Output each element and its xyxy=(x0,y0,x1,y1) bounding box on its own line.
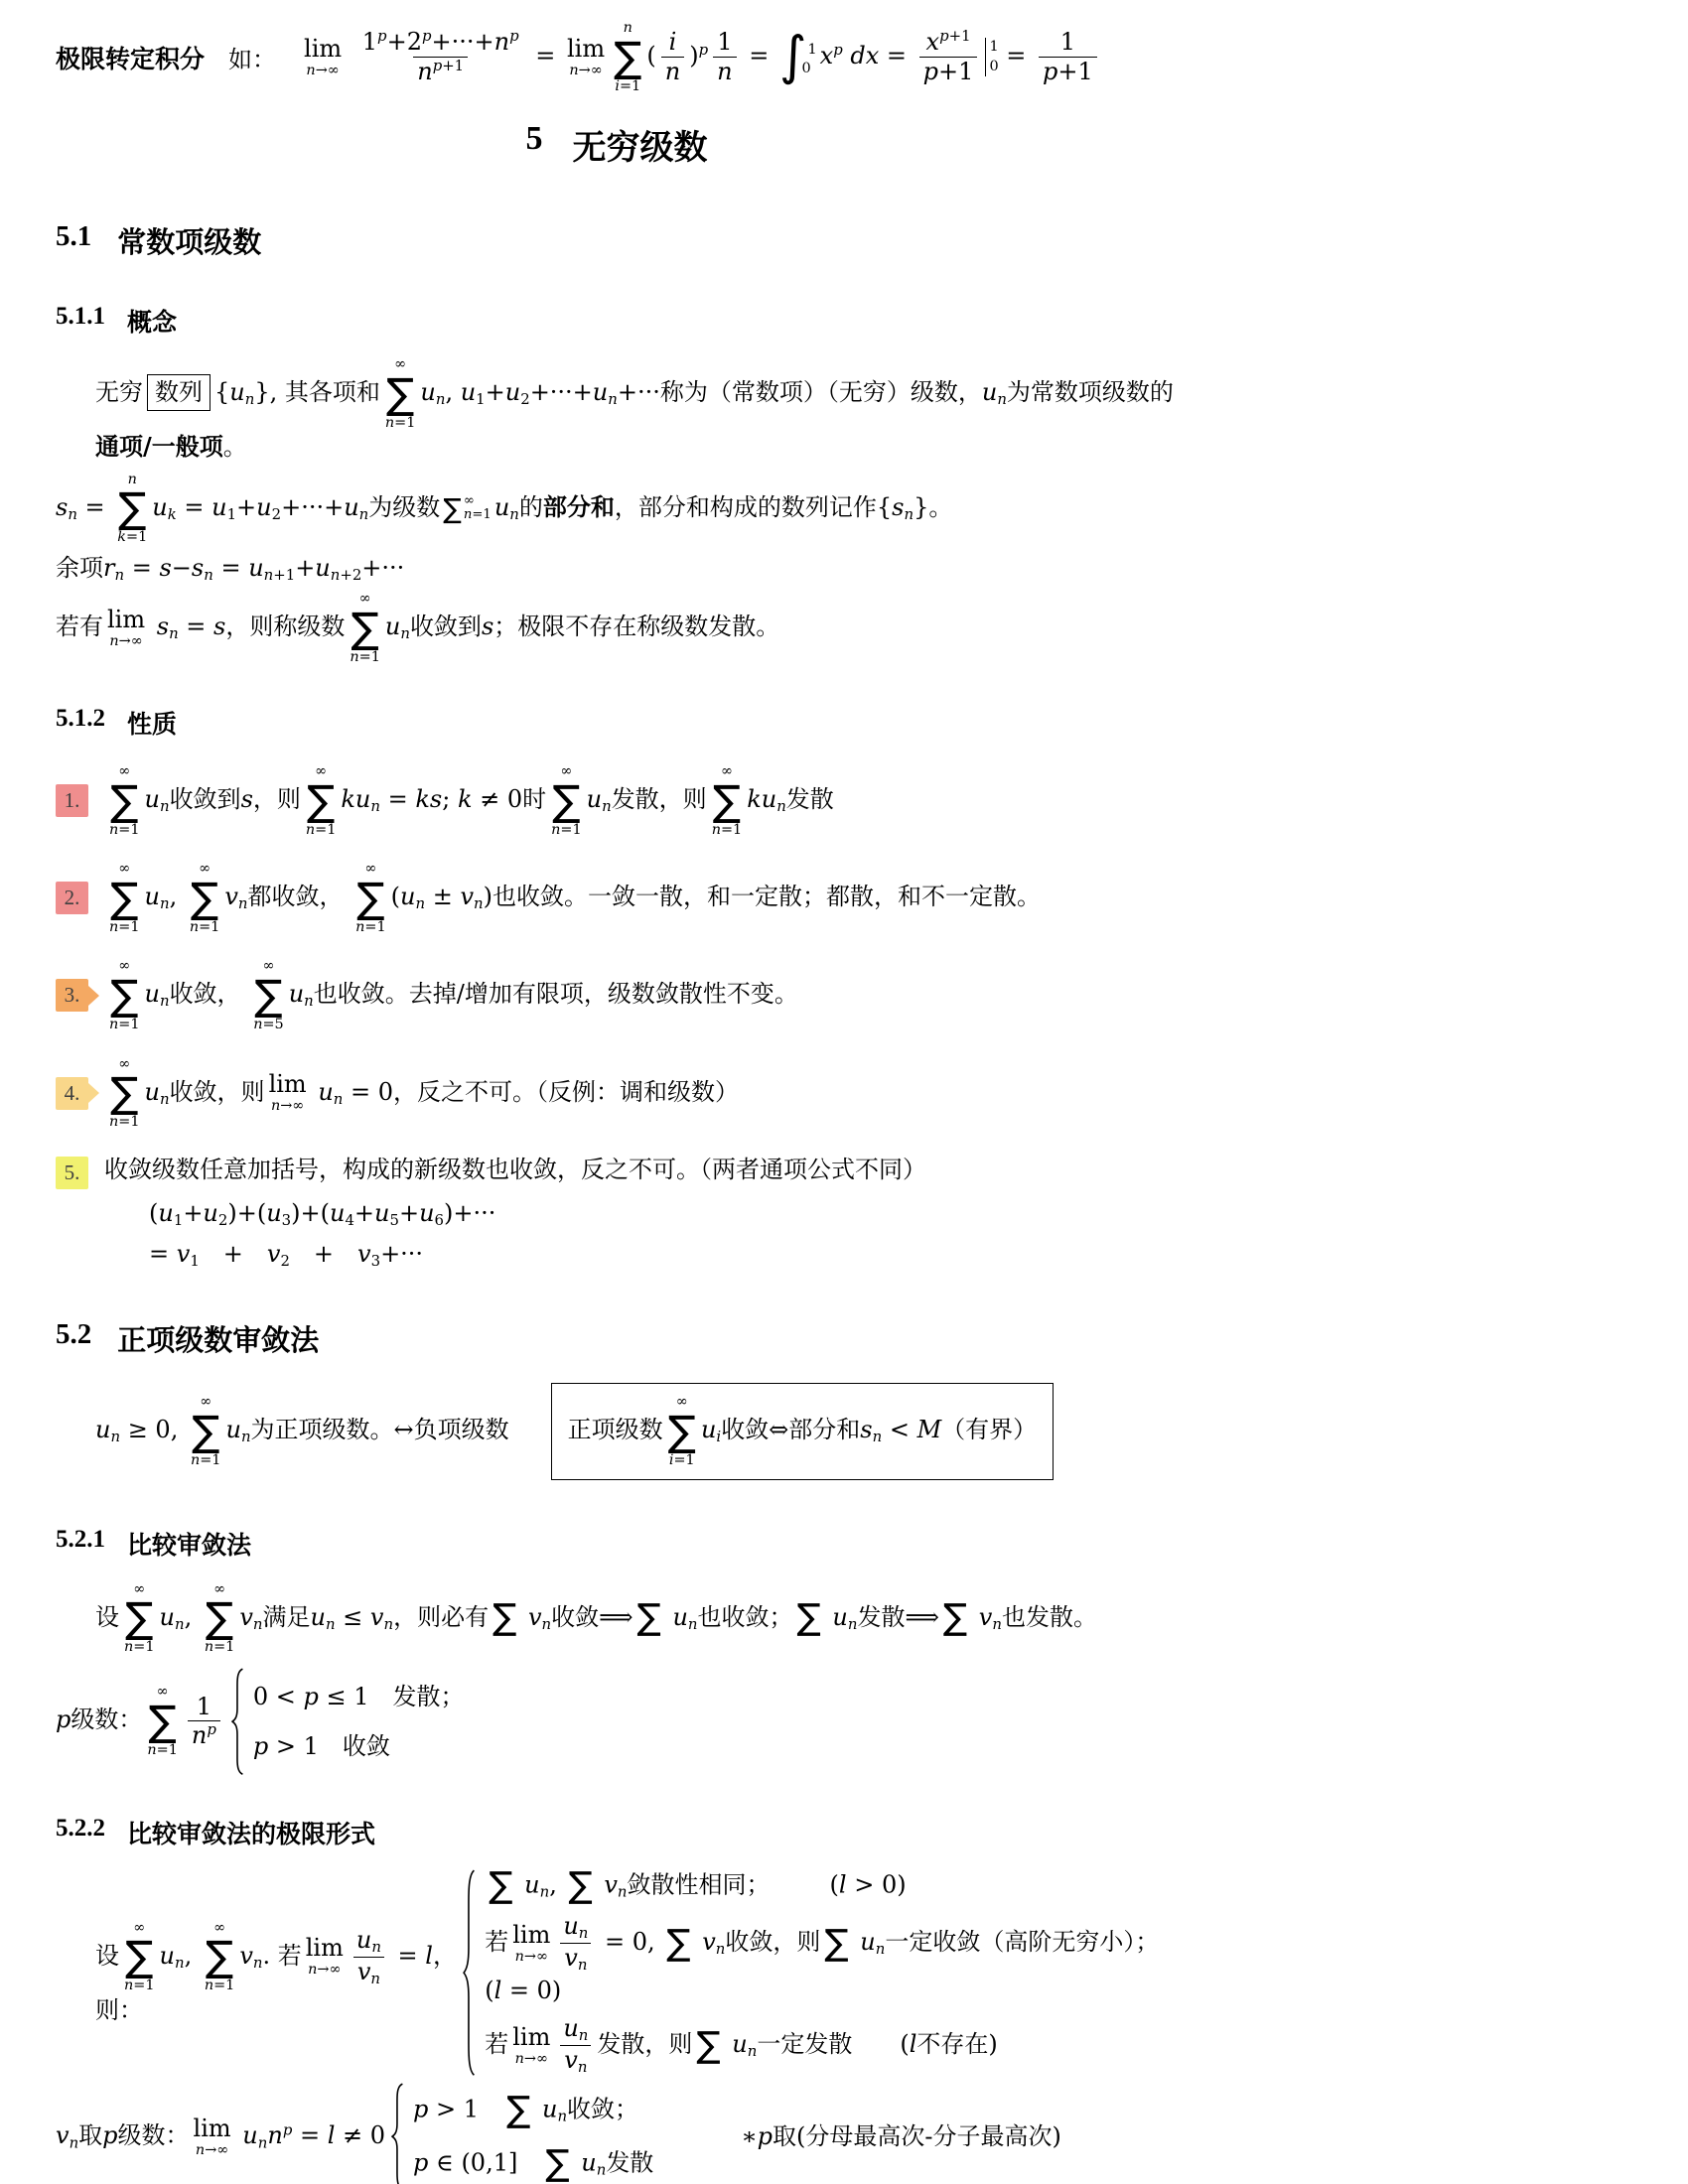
item-number-badge: 2. xyxy=(56,882,88,914)
case-lines: 0 < p ≤ 1 发散； p > 1 收敛 xyxy=(253,1681,465,1763)
remainder-line: 余项rn = s−sn = un+1+un+2+··· xyxy=(56,552,1178,585)
left-brace xyxy=(231,1668,244,1775)
section-heading-5-2: 5.2 正项级数审敛法 xyxy=(56,1318,1178,1359)
section-heading-5-1: 5.1 常数项级数 xyxy=(56,220,1178,261)
vn-p-series-cases: p > 1 ∑ un收敛； p ∈ (0,1] ∑ un发散 xyxy=(391,2083,653,2184)
case-line: 0 < p ≤ 1 发散； xyxy=(253,1681,465,1712)
subsection-title: 比较审敛法的极限形式 xyxy=(127,1815,375,1850)
item-number-badge-arrow: 4. xyxy=(56,1077,88,1110)
case-line: 若limn→∞unvn发散，则∑ un一定发散 (l不存在) xyxy=(485,2014,1178,2077)
case-line: ∑ un, ∑ vn敛散性相同； (l > 0) xyxy=(485,1868,1178,1904)
title-number: 5 xyxy=(526,120,543,169)
subsection-number: 5.2.2 xyxy=(56,1815,105,1850)
document-page: 极限转定积分 如： limn→∞ 1p+2p+···+npnp+1 = limn… xyxy=(0,0,1688,2184)
property-text: ∞∑n=1un收敛， ∞∑n=5un也收敛。去掉/增加有限项，级数敛散性不变。 xyxy=(104,958,798,1032)
case-line: p > 1 收敛 xyxy=(253,1730,465,1762)
subsection-heading-5-1-1: 5.1.1 概念 xyxy=(56,303,1178,339)
vn-p-series-row: vn取p级数：limn→∞ unnp = l ≠ 0 p > 1 ∑ un收敛；… xyxy=(56,2083,1178,2184)
property-item-2: 2. ∞∑n=1un, ∞∑n=1vn都收敛， ∞∑n=1(un ± vn)也收… xyxy=(56,861,1178,935)
partial-sum-line: sn = n∑k=1uk = u1+u2+···+un为级数∑∞n=1un的部分… xyxy=(56,472,1178,546)
positive-series-definition: un ≥ 0, ∞∑n=1un为正项级数。↔负项级数 xyxy=(95,1394,509,1468)
bracket-example-result: = v1 + v2 + v3+··· xyxy=(104,1238,926,1271)
left-brace xyxy=(391,2083,404,2184)
subsection-heading-5-2-1: 5.2.1 比较审敛法 xyxy=(56,1526,1178,1562)
item-number-badge-arrow: 3. xyxy=(56,979,88,1012)
property-item-1: 1. ∞∑n=1un收敛到s，则∞∑n=1kun = ks; k ≠ 0时∞∑n… xyxy=(56,763,1178,838)
property-text: ∞∑n=1un收敛，则limn→∞ un = 0，反之不可。（反例：调和级数） xyxy=(104,1056,739,1131)
item-number-badge: 5. xyxy=(56,1157,88,1189)
property-text: 收敛级数任意加括号，构成的新级数也收敛，反之不可。（两者通项公式不同） xyxy=(104,1154,926,1185)
property-text: ∞∑n=1un, ∞∑n=1vn都收敛， ∞∑n=1(un ± vn)也收敛。一… xyxy=(104,861,1041,935)
left-brace xyxy=(463,1868,476,2077)
convergence-definition-line: 若有limn→∞ sn = s，则称级数∞∑n=1un收敛到s；极限不存在称级数… xyxy=(56,591,1178,665)
case-line: p > 1 ∑ un收敛； xyxy=(413,2093,653,2128)
subsection-title: 性质 xyxy=(127,705,177,741)
case-line: p ∈ (0,1] ∑ un发散 xyxy=(413,2146,653,2182)
p-choice-note: ∗p取(分母最高次-分子最高次) xyxy=(741,2120,1061,2152)
top-formula-row: 极限转定积分 如： limn→∞ 1p+2p+···+npnp+1 = limn… xyxy=(56,20,1178,94)
case-line: 若limn→∞unvn = 0, ∑ vn收敛，则∑ un一定收敛（高阶无穷小）… xyxy=(485,1912,1178,2006)
case-lines: ∑ un, ∑ vn敛散性相同； (l > 0) 若limn→∞unvn = 0… xyxy=(485,1868,1178,2077)
p-series-cases: 0 < p ≤ 1 发散； p > 1 收敛 xyxy=(231,1668,465,1775)
limit-form-row: 设∞∑n=1un, ∞∑n=1vn. 若limn→∞unvn = l，则： ∑ … xyxy=(56,1868,1178,2077)
section-number: 5.2 xyxy=(56,1318,91,1359)
section-title: 正项级数审敛法 xyxy=(117,1318,319,1359)
concept-definition-line: 无穷数列{un}, 其各项和∞∑n=1un, u1+u2+···+un+···称… xyxy=(56,356,1178,464)
p-series-lead: p级数：∞∑n=11np xyxy=(56,1684,225,1758)
subsection-title: 比较审敛法 xyxy=(127,1526,251,1562)
bracket-example-line: (u1+u2)+(u3)+(u4+u5+u6)+··· xyxy=(104,1197,926,1230)
subsection-number: 5.2.1 xyxy=(56,1526,105,1562)
limit-form-lead: 设∞∑n=1un, ∞∑n=1vn. 若limn→∞unvn = l，则： xyxy=(95,1920,457,2027)
section-number: 5.1 xyxy=(56,220,91,261)
vn-p-series-lead: vn取p级数：limn→∞ unnp = l ≠ 0 xyxy=(56,2116,385,2157)
item-number-badge: 1. xyxy=(56,784,88,817)
case-lines: p > 1 ∑ un收敛； p ∈ (0,1] ∑ un发散 xyxy=(413,2093,653,2182)
limit-form-cases: ∑ un, ∑ vn敛散性相同； (l > 0) 若limn→∞unvn = 0… xyxy=(463,1868,1178,2077)
section-title: 常数项级数 xyxy=(117,220,261,261)
positive-series-row: un ≥ 0, ∞∑n=1un为正项级数。↔负项级数 正项级数∞∑i=1ui收敛… xyxy=(56,1383,1178,1479)
subsection-title: 概念 xyxy=(127,303,177,339)
top-formula-math: limn→∞ 1p+2p+···+npnp+1 = limn→∞n∑i=1(in… xyxy=(300,20,1102,94)
page-title: 5 无穷级数 xyxy=(56,120,1178,169)
title-text: 无穷级数 xyxy=(573,120,708,169)
property-item-3: 3. ∞∑n=1un收敛， ∞∑n=5un也收敛。去掉/增加有限项，级数敛散性不… xyxy=(56,958,1178,1032)
property-item-5: 5. 收敛级数任意加括号，构成的新级数也收敛，反之不可。（两者通项公式不同） (… xyxy=(56,1154,1178,1272)
comparison-test-line: 设∞∑n=1un, ∞∑n=1vn满足un ≤ vn，则必有∑ vn收敛⟹∑ u… xyxy=(56,1581,1178,1656)
p-series-row: p级数：∞∑n=11np 0 < p ≤ 1 发散； p > 1 收敛 xyxy=(56,1668,1178,1775)
property-text: ∞∑n=1un收敛到s，则∞∑n=1kun = ks; k ≠ 0时∞∑n=1u… xyxy=(104,763,834,838)
boxed-theorem: 正项级数∞∑i=1ui收敛⇔部分和sn < M（有界） xyxy=(551,1383,1055,1479)
subsection-heading-5-2-2: 5.2.2 比较审敛法的极限形式 xyxy=(56,1815,1178,1850)
subsection-heading-5-1-2: 5.1.2 性质 xyxy=(56,705,1178,741)
top-formula-hint: 如： xyxy=(228,40,276,74)
property-item-4: 4. ∞∑n=1un收敛，则limn→∞ un = 0，反之不可。（反例：调和级… xyxy=(56,1056,1178,1131)
subsection-number: 5.1.2 xyxy=(56,705,105,741)
subsection-number: 5.1.1 xyxy=(56,303,105,339)
property-body: 收敛级数任意加括号，构成的新级数也收敛，反之不可。（两者通项公式不同） (u1+… xyxy=(104,1154,926,1272)
top-formula-label: 极限转定积分 xyxy=(56,40,205,75)
